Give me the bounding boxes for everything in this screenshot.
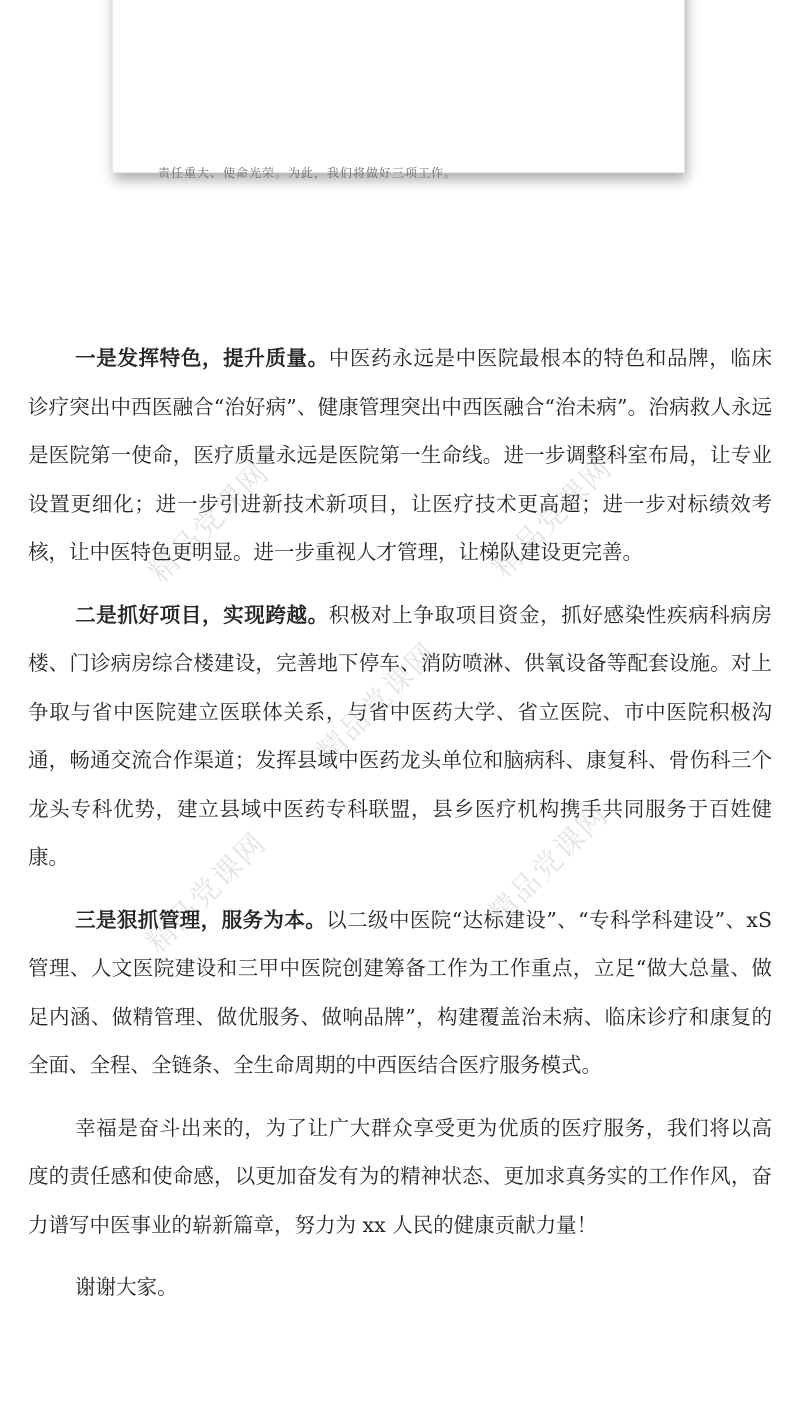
paragraph-text: 积极对上争取项目资金，抓好感染性疾病科病房楼、门诊病房综合楼建设，完善地下停车、… — [28, 603, 772, 870]
paragraph-lead: 三是狠抓管理，服务为本。 — [75, 908, 326, 932]
paragraph: 一是发挥特色，提升质量。中医药永远是中医院最根本的特色和品牌，临床诊疗突出中西医… — [28, 334, 772, 577]
paragraph: 三是狠抓管理，服务为本。以二级中医院“达标建设”、“专科学科建设”、xS 管理、… — [28, 896, 772, 1090]
paragraph-text: 以二级中医院“达标建设”、“专科学科建设”、xS 管理、人文医院建设和三甲中医院… — [28, 908, 772, 1078]
paragraph: 谢谢大家。 — [28, 1263, 772, 1312]
paragraph-text: 幸福是奋斗出来的，为了让广大群众享受更为优质的医疗服务，我们将以高度的责任感和使… — [28, 1116, 772, 1237]
paragraph-lead: 二是抓好项目，实现跨越。 — [75, 603, 329, 627]
previous-page-card: 责任重大、使命光荣。为此，我们将做好三项工作。 — [112, 0, 685, 173]
paragraph-lead: 一是发挥特色，提升质量。 — [75, 346, 329, 370]
paragraph: 幸福是奋斗出来的，为了让广大群众享受更为优质的医疗服务，我们将以高度的责任感和使… — [28, 1104, 772, 1250]
paragraph-text: 中医药永远是中医院最根本的特色和品牌，临床诊疗突出中西医融合“治好病”、健康管理… — [28, 346, 772, 564]
previous-page-last-line: 责任重大、使命光荣。为此，我们将做好三项工作。 — [158, 164, 664, 181]
paragraph-text: 谢谢大家。 — [75, 1275, 178, 1299]
document-preview-screen: 精品党课网 精品党课网 精品党课网 精品党课网 精品党课网 责任重大、使命光荣。… — [0, 0, 800, 1403]
document-body: 一是发挥特色，提升质量。中医药永远是中医院最根本的特色和品牌，临床诊疗突出中西医… — [28, 334, 772, 1326]
paragraph: 二是抓好项目，实现跨越。积极对上争取项目资金，抓好感染性疾病科病房楼、门诊病房综… — [28, 591, 772, 882]
